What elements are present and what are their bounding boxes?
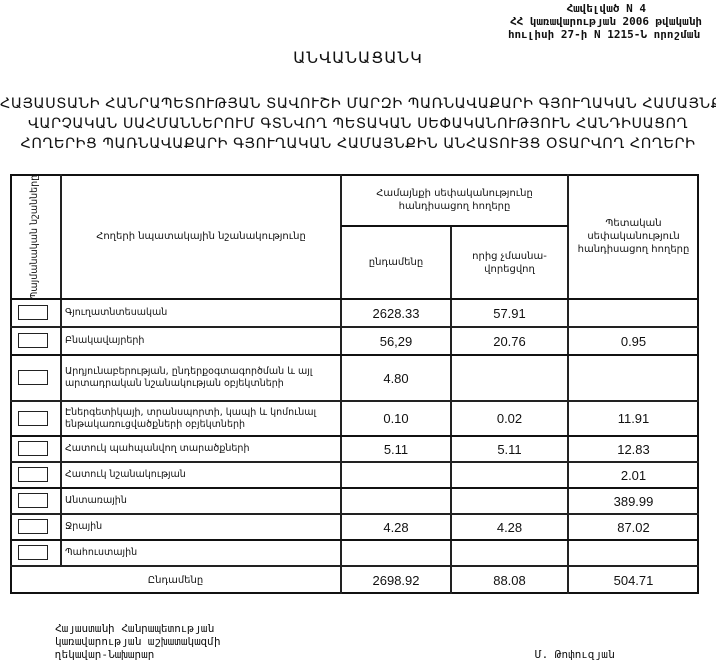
table-divider bbox=[10, 513, 699, 515]
community-header: Համայնքի սեփականությունը հանդիսացող հողե… bbox=[341, 174, 568, 226]
total-unprivatized-text: 88.08 bbox=[493, 574, 526, 587]
row-state-text: 12.83 bbox=[617, 443, 650, 456]
appendix-date: հուլիսի 27-ի N 1215-Ն որոշման bbox=[402, 28, 702, 41]
document-title: ԱՆՎԱՆԱՑԱՆԿ bbox=[0, 48, 716, 67]
state-header: Պետական սեփականություն հանդիսացող հողերը bbox=[568, 174, 699, 299]
row-label-text: Բնակավայրերի bbox=[65, 335, 144, 347]
legend-symbol-box bbox=[18, 467, 48, 482]
row-community-total: 0.10 bbox=[341, 401, 451, 436]
row-label-text: Գյուղատնտեսական bbox=[65, 307, 167, 319]
legend-symbol-box bbox=[18, 519, 48, 534]
legend-symbol-box bbox=[18, 545, 48, 560]
row-community-total bbox=[341, 462, 451, 488]
row-state-text: 389.99 bbox=[614, 495, 654, 508]
signer-position: Հայաստանի Հանրապետության կառավարության ա… bbox=[55, 622, 221, 661]
row-community-total-text: 4.28 bbox=[383, 521, 408, 534]
row-label-text: Արդյունաբերության, ընդերքօգտագործման և ա… bbox=[65, 366, 341, 390]
row-community-unprivatized bbox=[451, 355, 568, 401]
legend-symbol-box bbox=[18, 441, 48, 456]
document-subtitle: ՀԱՅԱՍՏԱՆԻ ՀԱՆՐԱՊԵՏՈՒԹՅԱՆ ՏԱՎՈՒՇԻ ՄԱՐԶԻ Պ… bbox=[0, 94, 716, 154]
land-table: Պայմանական նշաններըՀողերի նպատակային նշա… bbox=[10, 174, 699, 594]
legend-symbol-box bbox=[18, 305, 48, 320]
row-state: 11.91 bbox=[568, 401, 699, 436]
total-unprivatized: 88.08 bbox=[451, 566, 568, 594]
row-community-total-text: 56,29 bbox=[380, 335, 413, 348]
row-label: Արդյունաբերության, ընդերքօգտագործման և ա… bbox=[61, 355, 341, 401]
row-community-unprivatized bbox=[451, 488, 568, 514]
state-header-text: Պետական սեփականություն հանդիսացող հողերը bbox=[568, 217, 699, 256]
row-state bbox=[568, 299, 699, 327]
row-community-total-text: 0.10 bbox=[383, 412, 408, 425]
purpose-header: Հողերի նպատակային նշանակությունը bbox=[61, 174, 341, 299]
row-label-text: Հատուկ պահպանվող տարածքների bbox=[65, 443, 249, 455]
row-community-unprivatized-text: 5.11 bbox=[497, 443, 521, 456]
row-label: Հատուկ պահպանվող տարածքների bbox=[61, 436, 341, 462]
total-community-text: 2698.92 bbox=[373, 574, 420, 587]
table-divider bbox=[10, 326, 699, 328]
subtitle-line: ՎԱՐՉԱԿԱՆ ՍԱՀՄԱՆՆԵՐՈՒՄ ԳՏՆՎՈՂ ՊԵՏԱԿԱՆ ՍԵՓ… bbox=[0, 114, 716, 134]
row-label: Պահուստային bbox=[61, 540, 341, 566]
total-label-text: Ընդամենը bbox=[148, 574, 203, 587]
total-state-text: 504.71 bbox=[614, 574, 654, 587]
row-label: Անտառային bbox=[61, 488, 341, 514]
table-divider bbox=[567, 174, 569, 594]
table-divider bbox=[10, 400, 699, 402]
total-state: 504.71 bbox=[568, 566, 699, 594]
row-label-text: Ջրային bbox=[65, 521, 102, 533]
row-community-total-text: 2628.33 bbox=[373, 307, 420, 320]
row-label-text: Անտառային bbox=[65, 495, 127, 507]
row-community-total: 5.11 bbox=[341, 436, 451, 462]
table-divider bbox=[10, 565, 699, 567]
subtitle-line: ՀԱՅԱՍՏԱՆԻ ՀԱՆՐԱՊԵՏՈՒԹՅԱՆ ՏԱՎՈՒՇԻ ՄԱՐԶԻ Պ… bbox=[0, 94, 716, 114]
total-community: 2698.92 bbox=[341, 566, 451, 594]
table-divider bbox=[10, 435, 699, 437]
row-community-total: 56,29 bbox=[341, 327, 451, 355]
row-label: Էներգետիկայի, տրանսպորտի, կապի և կոմունա… bbox=[61, 401, 341, 436]
row-state-text: 2.01 bbox=[621, 469, 646, 482]
purpose-header-text: Հողերի նպատակային նշանակությունը bbox=[96, 230, 306, 243]
appendix-decree: ՀՀ կառավարության 2006 թվականի bbox=[402, 15, 702, 28]
row-label: Ջրային bbox=[61, 514, 341, 540]
row-label: Հատուկ նշանակության bbox=[61, 462, 341, 488]
row-state: 2.01 bbox=[568, 462, 699, 488]
appendix-header: Հավելված N 4 ՀՀ կառավարության 2006 թվակա… bbox=[402, 2, 702, 41]
legend-symbol-box bbox=[18, 370, 48, 385]
table-divider bbox=[10, 354, 699, 356]
row-state: 389.99 bbox=[568, 488, 699, 514]
signer-name: Մ. Թոփուզյան bbox=[535, 648, 614, 661]
row-community-unprivatized-text: 0.02 bbox=[497, 412, 522, 425]
row-state-text: 11.91 bbox=[618, 412, 650, 425]
row-label: Գյուղատնտեսական bbox=[61, 299, 341, 327]
table-divider bbox=[340, 174, 342, 594]
row-community-total bbox=[341, 488, 451, 514]
total-label: Ընդամենը bbox=[10, 566, 341, 594]
signer-line: Հայաստանի Հանրապետության bbox=[55, 622, 221, 635]
row-community-total-text: 4.80 bbox=[383, 372, 408, 385]
community-total-header: ընդամենը bbox=[341, 226, 451, 299]
community-total-header-text: ընդամենը bbox=[369, 256, 423, 269]
signer-line: կառավարության աշխատակազմի bbox=[55, 635, 221, 648]
row-label-text: Պահուստային bbox=[65, 547, 137, 559]
row-label-text: Էներգետիկայի, տրանսպորտի, կապի և կոմունա… bbox=[65, 407, 341, 431]
row-community-unprivatized-text: 4.28 bbox=[497, 521, 522, 534]
row-community-total-text: 5.11 bbox=[384, 443, 408, 456]
legend-symbol-box bbox=[18, 493, 48, 508]
row-community-unprivatized: 57.91 bbox=[451, 299, 568, 327]
table-divider bbox=[341, 225, 568, 227]
community-header-text: Համայնքի սեփականությունը հանդիսացող հողե… bbox=[341, 187, 568, 213]
table-divider bbox=[10, 539, 699, 541]
row-community-total: 4.28 bbox=[341, 514, 451, 540]
row-community-unprivatized-text: 20.76 bbox=[493, 335, 526, 348]
row-community-unprivatized: 4.28 bbox=[451, 514, 568, 540]
community-unprivatized-header-text: որից չմասնա-վորեցվող bbox=[451, 250, 568, 276]
table-divider bbox=[60, 174, 62, 566]
legend-header-text: Պայմանական նշանները bbox=[30, 174, 42, 298]
row-state: 0.95 bbox=[568, 327, 699, 355]
table-divider bbox=[10, 298, 699, 300]
appendix-number: Հավելված N 4 bbox=[402, 2, 702, 15]
legend-header: Պայմանական նշանները bbox=[10, 174, 61, 299]
row-community-unprivatized bbox=[451, 462, 568, 488]
row-state-text: 87.02 bbox=[617, 521, 650, 534]
legend-symbol-box bbox=[18, 411, 48, 426]
table-divider bbox=[10, 461, 699, 463]
table-divider bbox=[10, 487, 699, 489]
row-state: 12.83 bbox=[568, 436, 699, 462]
row-state bbox=[568, 540, 699, 566]
row-community-unprivatized bbox=[451, 540, 568, 566]
row-community-unprivatized: 0.02 bbox=[451, 401, 568, 436]
row-label-text: Հատուկ նշանակության bbox=[65, 469, 186, 481]
row-community-unprivatized: 5.11 bbox=[451, 436, 568, 462]
row-state: 87.02 bbox=[568, 514, 699, 540]
row-community-unprivatized: 20.76 bbox=[451, 327, 568, 355]
signer-line: ղեկավար-Նախարար bbox=[55, 648, 221, 661]
row-state bbox=[568, 355, 699, 401]
row-label: Բնակավայրերի bbox=[61, 327, 341, 355]
row-state-text: 0.95 bbox=[621, 335, 646, 348]
row-community-unprivatized-text: 57.91 bbox=[493, 307, 526, 320]
row-community-total bbox=[341, 540, 451, 566]
row-community-total: 4.80 bbox=[341, 355, 451, 401]
legend-symbol-box bbox=[18, 333, 48, 348]
subtitle-line: ՀՈՂԵՐԻՑ ՊԱՌՆԱՎԱՔԱՐԻ ԳՅՈՒՂԱԿԱՆ ՀԱՄԱՅՆՔԻՆ … bbox=[0, 134, 716, 154]
community-unprivatized-header: որից չմասնա-վորեցվող bbox=[451, 226, 568, 299]
row-community-total: 2628.33 bbox=[341, 299, 451, 327]
